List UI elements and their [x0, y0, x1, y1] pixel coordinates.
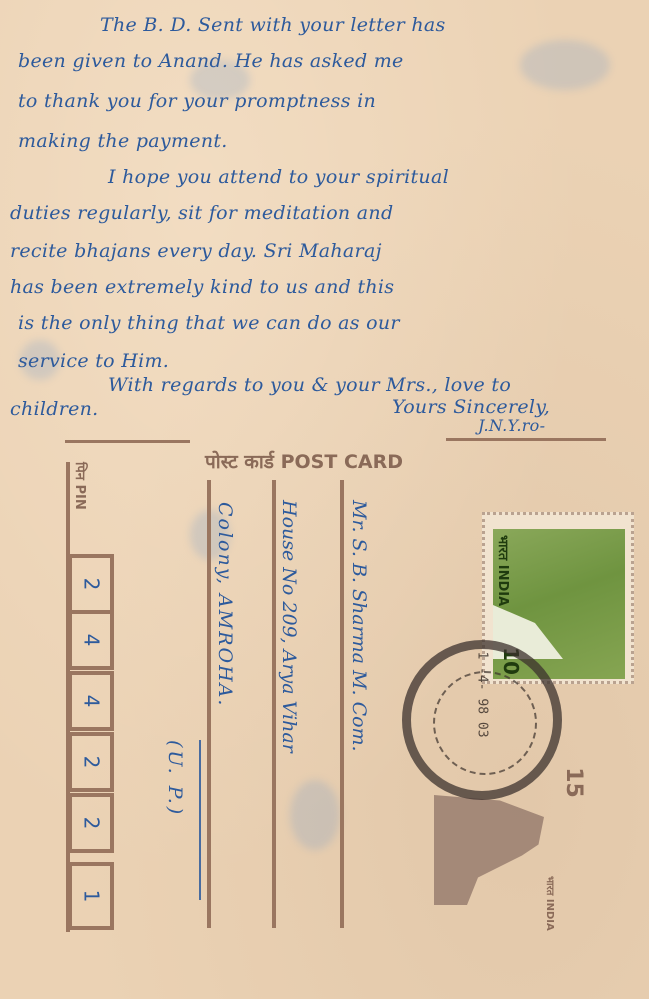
signature: J.N.Y.ro- [478, 416, 545, 435]
pin-box[interactable]: 2 [68, 793, 114, 853]
letter-line: service to Him. [18, 350, 169, 372]
pin-box[interactable]: 1 [68, 862, 114, 930]
header-rule-left [65, 440, 190, 443]
title-english: POST CARD [281, 451, 403, 473]
letter-line: With regards to you & your Mrs., love to [108, 374, 511, 396]
pin-box[interactable]: 2 [68, 732, 114, 792]
title-hindi: पोस्ट कार्ड [205, 451, 274, 473]
address-rule [207, 480, 211, 928]
letter-line: been given to Anand. He has asked me [18, 50, 404, 72]
letter-line: duties regularly, sit for meditation and [10, 202, 393, 224]
address-line: Colony, AMROHA. [214, 502, 236, 707]
address-underline [199, 740, 201, 900]
pin-digit: 1 [79, 890, 103, 903]
stamp-country: भारत INDIA [495, 535, 513, 606]
ink-smudge [290, 780, 340, 850]
pin-box[interactable]: 4 [68, 610, 114, 670]
header-rule-right [446, 438, 606, 441]
pin-digit: 2 [79, 578, 103, 591]
letter-line: is the only thing that we can do as our [18, 312, 400, 334]
address-rule [340, 480, 344, 928]
address-line: (U. P.) [164, 740, 186, 817]
lion-emblem-icon [434, 795, 544, 905]
postmark-icon: 1 -4- 98 03 [402, 640, 562, 800]
letter-line: to thank you for your promptness in [18, 90, 376, 112]
pin-digit: 2 [79, 756, 103, 769]
pin-label: पिन PIN [72, 462, 90, 510]
letter-line: children. [10, 398, 99, 420]
pin-box[interactable]: 4 [68, 671, 114, 731]
postcard: The B. D. Sent with your letter has been… [0, 0, 649, 999]
postcard-title: पोस्ट कार्ड POST CARD [205, 448, 403, 474]
letter-line: I hope you attend to your spiritual [108, 166, 449, 188]
imprint-value: 15 [561, 767, 586, 798]
imprint-country: भारत INDIA [544, 876, 558, 931]
postmark-date: 1 -4- 98 03 [475, 651, 490, 737]
pin-digit: 4 [79, 634, 103, 647]
pin-digit: 4 [79, 695, 103, 708]
address-rule [272, 480, 276, 928]
letter-line: recite bhajans every day. Sri Maharaj [10, 240, 382, 262]
letter-closing: Yours Sincerely, [392, 396, 550, 418]
letter-line: The B. D. Sent with your letter has [100, 14, 446, 36]
pin-digit: 2 [79, 817, 103, 830]
pin-box[interactable]: 2 [68, 554, 114, 614]
letter-line: making the payment. [18, 130, 228, 152]
address-line: House No 209, Arya Vihar [278, 500, 300, 753]
address-line: Mr. S. B. Sharma M. Com. [348, 500, 370, 752]
letter-line: has been extremely kind to us and this [10, 276, 394, 298]
ink-smudge [520, 40, 610, 90]
